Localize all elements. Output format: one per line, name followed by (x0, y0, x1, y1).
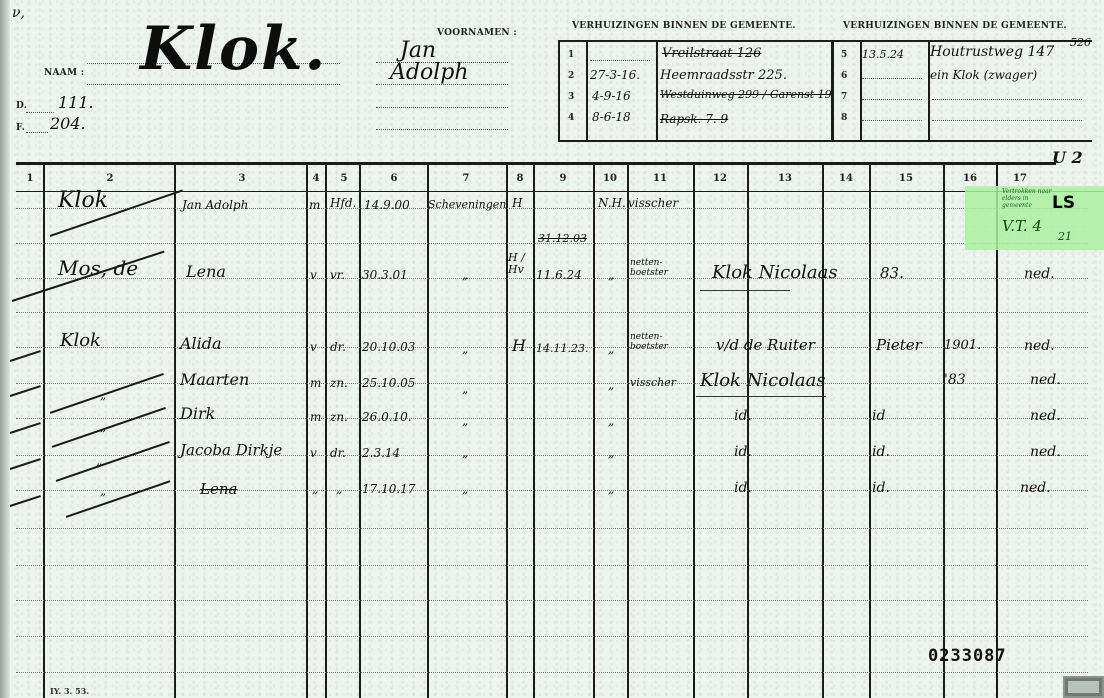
corner-mark: ν, (12, 5, 25, 21)
birthdate-cell: 14.9.00 (364, 198, 410, 212)
move-address: Houtrustweg 147 (930, 44, 1054, 60)
col-header: 6 (384, 173, 404, 184)
parent-name-cell: v/d de Ruiter (716, 336, 815, 354)
birthplace-cell: „ (462, 446, 468, 460)
birthdate-cell: 25.10.05 (362, 376, 415, 390)
relation-cell: Hfd. (330, 196, 356, 210)
status-cell: H (512, 196, 522, 210)
religion-cell: N.H. (598, 196, 626, 210)
nationality-cell: ned. (1030, 444, 1061, 460)
d-label: D. (16, 101, 27, 111)
birthdate-cell: 30.3.01 (362, 268, 408, 282)
parent-name-cell: id. (734, 444, 752, 460)
col-header: 10 (600, 173, 620, 184)
move-date: 27-3-16. (590, 68, 640, 82)
moves-right-title: VERHUIZINGEN BINNEN DE GEMEENTE. (843, 21, 1067, 31)
first-name-2: Adolph (390, 60, 469, 85)
occupation-cell: visscher (630, 376, 676, 389)
religion-cell: „ (608, 414, 614, 428)
date-cell: 31.12.03 (538, 232, 587, 245)
firstname-cell: Maarten (180, 370, 249, 389)
move-num: 1 (568, 50, 575, 60)
surname-cell: „ (100, 484, 106, 498)
col-header: 11 (650, 173, 670, 184)
parent-name-cell: id. (734, 408, 752, 424)
status-cell: H / Hv (508, 252, 530, 276)
col-header: 17 (1010, 173, 1030, 184)
thumbnail-preview[interactable] (1063, 676, 1104, 698)
surname-cell: Mos, de (58, 256, 138, 280)
religion-cell: „ (608, 446, 614, 460)
form-code: IY. 3. 53. (50, 686, 89, 696)
religion-cell: „ (608, 378, 614, 392)
col-header: 15 (896, 173, 916, 184)
surname-cell: Klok (58, 188, 108, 213)
occupation-cell: netten-boetster (630, 258, 688, 278)
col-header: 9 (553, 173, 573, 184)
card-left-edge (0, 0, 10, 698)
serial-number: 0233087 (928, 646, 1007, 666)
sex-cell: m (309, 198, 320, 212)
birthplace-cell: „ (462, 414, 468, 428)
birthplace-cell: „ (462, 268, 468, 282)
birthdate-cell: 17.10.17 (362, 482, 415, 496)
move-num: 8 (841, 113, 848, 123)
move-date: 4-9-16 (592, 89, 631, 103)
naam-label: NAAM : (44, 68, 84, 78)
relation-cell: zn. (330, 410, 348, 424)
nationality-cell: ned. (1030, 372, 1061, 388)
f-value: 204. (50, 114, 86, 133)
stamp-sub: 21 (1058, 230, 1072, 243)
religion-cell: „ (608, 482, 614, 496)
year-cell: 1901. (944, 338, 981, 353)
stamp-signature: V.T. 4 (1002, 217, 1042, 235)
parent-name-cell: Klok Nicolaas (712, 262, 838, 283)
parent-first-cell: id. (872, 480, 890, 496)
voornamen-label: VOORNAMEN : (437, 28, 517, 38)
registration-card: ν, NAAM : Klok. D. 111. F. 204. VOORNAME… (0, 0, 1104, 698)
move-address: Vreilstraat 126 (662, 46, 761, 61)
col-header: 1 (20, 173, 40, 184)
surname-value: Klok. (140, 14, 327, 84)
firstname-cell: Alida (180, 334, 222, 353)
corner-number: 526 (1070, 36, 1091, 49)
surname-cell: Klok (60, 330, 101, 351)
parent-first-cell: Pieter (876, 336, 922, 354)
move-address: ein Klok (zwager) (930, 68, 1037, 82)
relation-cell: „ (336, 482, 342, 496)
col-header: 7 (456, 173, 476, 184)
firstname-cell: Dirk (180, 404, 215, 423)
parent-first-cell: id. (872, 444, 890, 460)
firstname-cell: Lena (200, 480, 237, 498)
move-address: Westduinweg 299 / Garenst 19 (660, 88, 832, 101)
d-value: 111. (58, 93, 94, 112)
ls-stamp: LS (1052, 193, 1075, 213)
firstname-cell: Lena (186, 262, 226, 281)
religion-cell: „ (608, 342, 614, 356)
birthdate-cell: 26.0.10. (362, 410, 412, 424)
occupation-cell: netten-boetster (630, 332, 688, 352)
occupation-cell: visscher (628, 196, 678, 210)
move-address: Heemraadsstr 225. (660, 68, 787, 83)
birthplace-cell: „ (462, 342, 468, 356)
nationality-cell: ned. (1024, 338, 1055, 354)
move-num: 4 (568, 113, 575, 123)
sex-cell: m (310, 410, 321, 424)
sex-cell: v (310, 446, 317, 460)
col-header: 5 (334, 173, 354, 184)
move-num: 6 (841, 71, 848, 81)
col-header: 14 (836, 173, 856, 184)
col-header: 12 (710, 173, 730, 184)
relation-cell: vr. (330, 268, 345, 282)
firstname-cell: Jan Adolph (182, 198, 248, 212)
f-label: F. (16, 123, 25, 133)
parent-name-cell: id. (734, 480, 752, 496)
parent-name-cell: Klok Nicolaas (700, 370, 826, 391)
birthdate-cell: 20.10.03 (362, 340, 415, 354)
move-date: 13.5.24 (862, 48, 904, 61)
parent-year-cell: 83. (880, 264, 904, 282)
date-cell: 14.11.23. (536, 342, 588, 355)
date-cell: 11.6.24 (536, 268, 582, 282)
col-header: 2 (100, 173, 120, 184)
birthplace-cell: „ (462, 482, 468, 496)
birthplace-cell: „ (462, 382, 468, 396)
stamp-note: Vertrokken naar elders in gemeente (1002, 188, 1052, 209)
relation-cell: dr. (330, 340, 346, 354)
relation-cell: dr. (330, 446, 346, 460)
move-num: 3 (568, 92, 575, 102)
margin-mark: U 2 (1052, 148, 1083, 167)
col-header: 3 (232, 173, 252, 184)
nationality-cell: ned. (1024, 266, 1055, 282)
col-header: 16 (960, 173, 980, 184)
parent-first-cell: id (872, 408, 885, 424)
year-cell: '83 (944, 372, 966, 388)
move-address: Rapsk. 7. 9 (660, 112, 728, 126)
firstname-cell: Jacoba Dirkje (180, 442, 290, 458)
move-date: 8-6-18 (592, 110, 631, 124)
status-cell: H (512, 336, 526, 355)
nationality-cell: ned. (1020, 480, 1051, 496)
col-header: 13 (775, 173, 795, 184)
sex-cell: „ (312, 482, 318, 496)
religion-cell: „ (608, 268, 614, 282)
sex-cell: v (310, 340, 317, 354)
move-num: 2 (568, 71, 575, 81)
birthdate-cell: 2.3.14 (362, 446, 400, 460)
sex-cell: m (310, 376, 321, 390)
move-num: 5 (841, 50, 848, 60)
move-num: 7 (841, 92, 848, 102)
nationality-cell: ned. (1030, 408, 1061, 424)
col-header: 4 (308, 173, 324, 184)
table-top-rule (16, 162, 1056, 165)
moves-left-title: VERHUIZINGEN BINNEN DE GEMEENTE. (572, 21, 796, 31)
sex-cell: v (310, 268, 317, 282)
col-header: 8 (510, 173, 530, 184)
birthplace-cell: Scheveningen (428, 198, 506, 211)
relation-cell: zn. (330, 376, 348, 390)
